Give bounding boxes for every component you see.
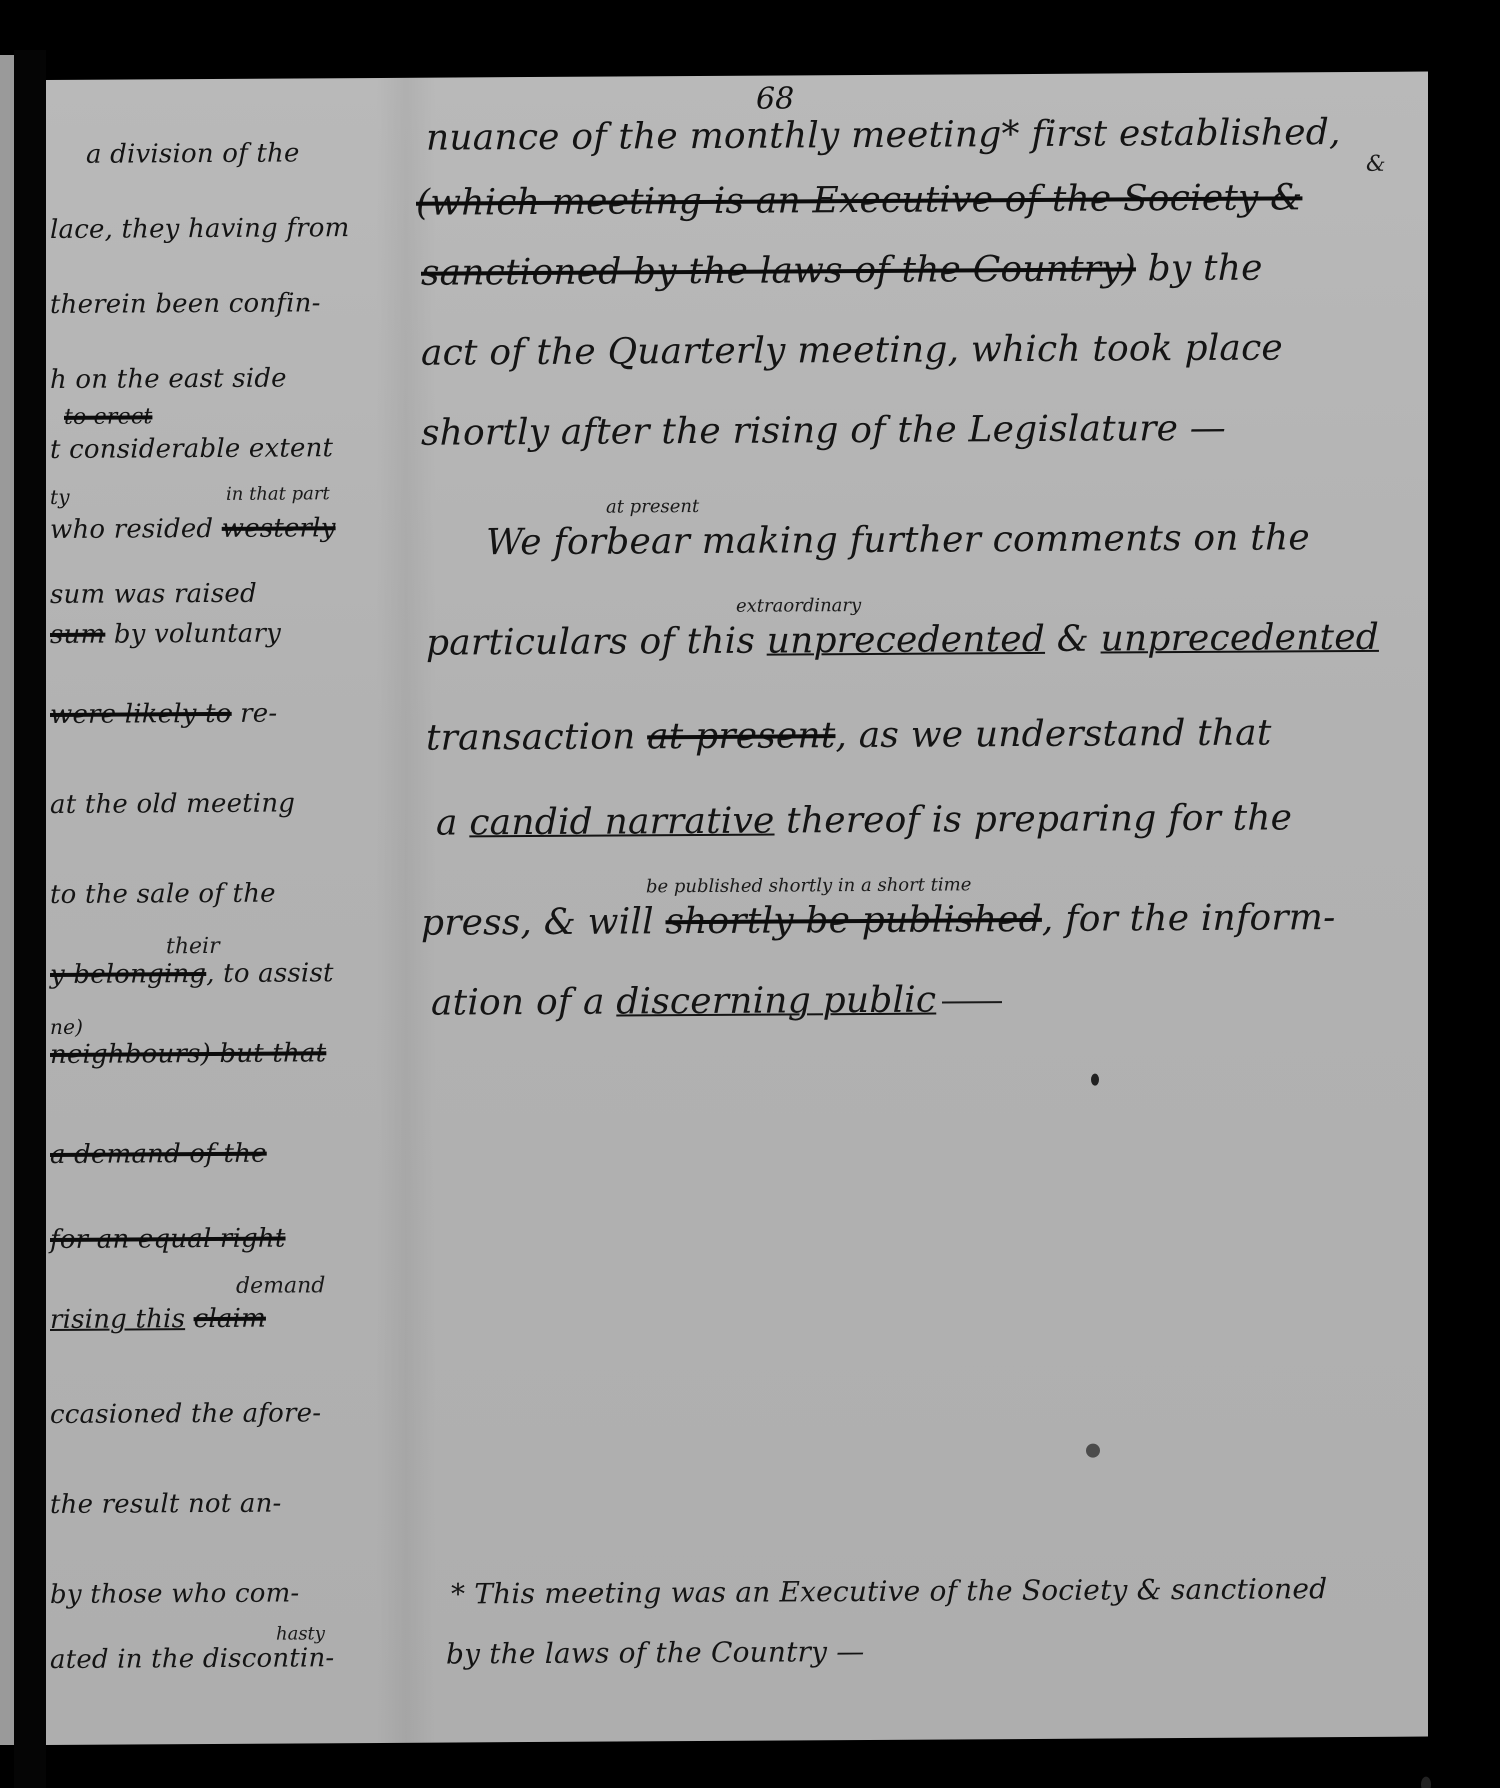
main-line: particulars of this unprecedented & unpr… xyxy=(426,617,1379,664)
footnote-line: * This meeting was an Executive of the S… xyxy=(451,1572,1327,1610)
left-line-deleted: a demand of the xyxy=(50,1139,267,1170)
left-line: to the sale of the xyxy=(50,879,276,910)
ink-spot xyxy=(1421,1777,1431,1788)
left-insertion: in that part xyxy=(226,483,330,505)
left-insertion: hasty xyxy=(276,1623,325,1644)
left-column-fragments: a division of the lace, they having from… xyxy=(46,72,1428,80)
left-line: lace, they having from xyxy=(50,213,350,245)
main-line: transaction at present, as we understand… xyxy=(426,713,1272,759)
left-line: h on the east side xyxy=(50,364,287,395)
folio-number: 68 xyxy=(756,81,794,116)
main-text-column: nuance of the monthly meeting* first est… xyxy=(46,72,1428,80)
main-insertion: & xyxy=(1366,152,1386,177)
main-insertion: at present xyxy=(606,496,699,518)
left-line-deleted: neighbours) but that xyxy=(50,1038,326,1070)
left-insertion: their xyxy=(166,934,220,959)
manuscript-page: 68 a division of the lace, they having f… xyxy=(46,72,1428,1745)
binding-gutter xyxy=(14,50,46,1788)
main-line: nuance of the monthly meeting* first est… xyxy=(426,112,1341,159)
left-line: a division of the xyxy=(86,138,300,169)
main-insertion: be published shortly in a short time xyxy=(646,874,971,897)
footnote: * This meeting was an Executive of the S… xyxy=(46,72,1428,80)
left-line-deleted: for an equal right xyxy=(50,1224,286,1255)
left-line: t considerable extent xyxy=(50,433,333,465)
left-line: ne) xyxy=(50,1015,83,1039)
main-line: ation of a discerning public xyxy=(431,979,1002,1023)
left-line: by those who com- xyxy=(50,1578,299,1610)
left-line: therein been confin- xyxy=(50,288,321,320)
main-insertion: extraordinary xyxy=(736,595,861,617)
left-line: who resided westerly xyxy=(50,513,336,545)
main-line: shortly after the rising of the Legislat… xyxy=(421,408,1226,454)
left-line-deleted: to erect xyxy=(64,404,152,430)
main-line-deleted: (which meeting is an Executive of the So… xyxy=(416,177,1302,223)
main-line: sanctioned by the laws of the Country) b… xyxy=(421,248,1263,294)
document-scan: 68 a division of the lace, they having f… xyxy=(0,0,1500,1788)
ink-spot xyxy=(1091,1074,1099,1086)
left-line: ccasioned the afore- xyxy=(50,1398,321,1430)
main-line: We forbear making further comments on th… xyxy=(486,517,1310,563)
left-line: sum was raised xyxy=(50,579,257,610)
left-line: ty xyxy=(50,485,70,509)
left-line: rising this claim xyxy=(50,1304,266,1335)
ink-spot xyxy=(1086,1444,1100,1458)
left-line: at the old meeting xyxy=(50,788,295,819)
footnote-line: by the laws of the Country — xyxy=(446,1635,864,1671)
main-line: press, & will shortly be published, for … xyxy=(421,897,1335,944)
closing-dash xyxy=(942,1001,1002,1003)
left-line: y belonging, to assist xyxy=(50,958,334,990)
left-line: were likely to re- xyxy=(50,699,277,730)
left-line: sum by voluntary xyxy=(50,619,281,650)
main-line: act of the Quarterly meeting, which took… xyxy=(421,327,1283,373)
left-insertion: demand xyxy=(236,1273,325,1299)
left-line: the result not an- xyxy=(50,1489,282,1520)
left-line: ated in the discontin- xyxy=(50,1643,334,1675)
main-line: a candid narrative thereof is preparing … xyxy=(436,797,1292,843)
